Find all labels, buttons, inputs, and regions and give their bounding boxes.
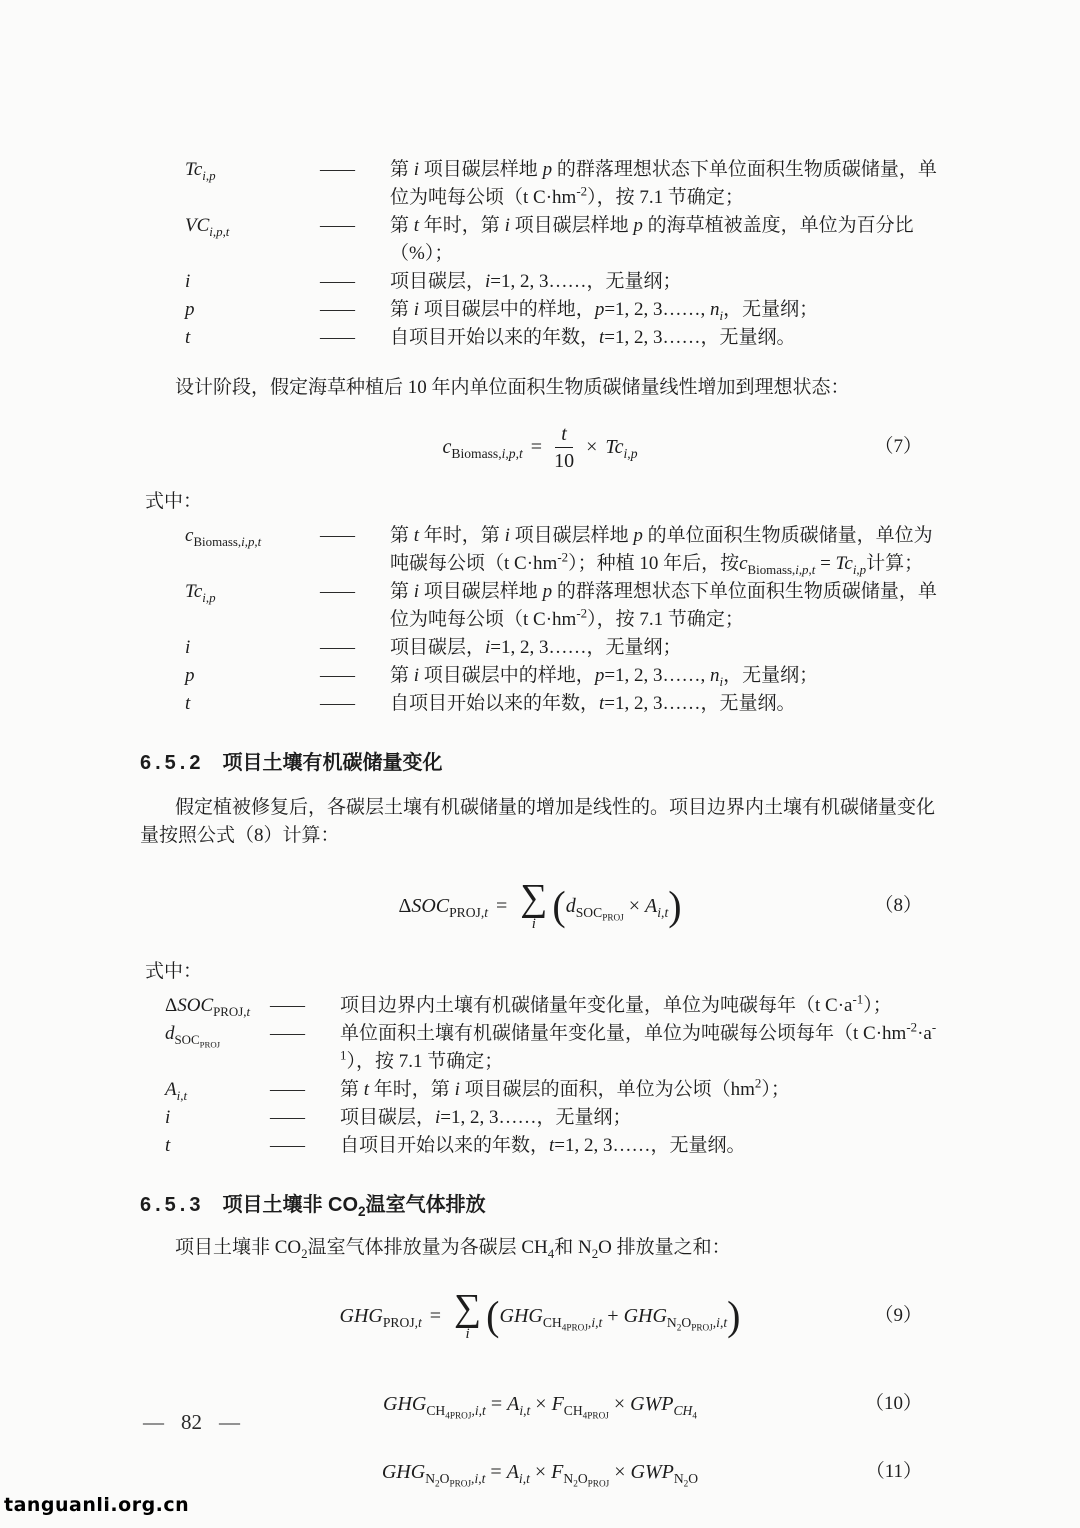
where-label: 式中： bbox=[140, 488, 940, 516]
fraction: t 10 bbox=[554, 421, 574, 474]
definition-row: cBiomass,i,p,t —— 第 t 年时，第 i 项目碳层样地 p 的单… bbox=[185, 522, 940, 578]
variable-term: Ai,t bbox=[165, 1076, 270, 1104]
equals-sign: = bbox=[531, 435, 542, 460]
variable-term: VCi,p,t bbox=[185, 212, 320, 268]
variable-description: 单位面积土壤有机碳储量年变化量，单位为吨碳每公顷每年（t C·hm-2·a-1）… bbox=[340, 1020, 940, 1076]
page-content: Tci,p —— 第 i 项目碳层样地 p 的群落理想状态下单位面积生物质碳储量… bbox=[140, 150, 940, 1494]
page-footer: — 82 — bbox=[143, 1410, 240, 1435]
definition-dash: —— bbox=[320, 662, 390, 690]
definition-dash: —— bbox=[320, 212, 390, 268]
variable-description: 第 t 年时，第 i 项目碳层的面积，单位为公顷（hm2）； bbox=[340, 1076, 940, 1104]
definition-row: Tci,p —— 第 i 项目碳层样地 p 的群落理想状态下单位面积生物质碳储量… bbox=[185, 156, 940, 212]
section-title: 项目土壤有机碳储量变化 bbox=[222, 750, 442, 776]
definition-row: i —— 项目碳层，i=1, 2, 3……，无量纲； bbox=[165, 1104, 940, 1132]
variable-description: 第 i 项目碳层样地 p 的群落理想状态下单位面积生物质碳储量，单位为吨每公顷（… bbox=[390, 156, 940, 212]
definition-row: ΔSOCPROJ,t —— 项目边界内土壤有机碳储量年变化量，单位为吨碳每年（t… bbox=[165, 992, 940, 1020]
definition-row: Tci,p —— 第 i 项目碳层样地 p 的群落理想状态下单位面积生物质碳储量… bbox=[185, 578, 940, 634]
variable-term: Tci,p bbox=[185, 156, 320, 212]
formula-inner: GHGCH4PROJ,i,t + GHGN2OPROJ,i,t bbox=[500, 1304, 728, 1329]
formula-rhs: Tci,p bbox=[605, 435, 637, 460]
variable-term: p bbox=[185, 296, 320, 324]
definition-row: Ai,t —— 第 t 年时，第 i 项目碳层的面积，单位为公顷（hm2）； bbox=[165, 1076, 940, 1104]
section-number: 6.5.2 bbox=[140, 750, 204, 776]
formula-7: cBiomass,i,p,t = t 10 × Tci,p （7） bbox=[140, 418, 940, 476]
variable-description: 项目碳层，i=1, 2, 3……，无量纲； bbox=[340, 1104, 940, 1132]
variable-description: 项目碳层，i=1, 2, 3……，无量纲； bbox=[390, 268, 940, 296]
definition-dash: —— bbox=[320, 324, 390, 352]
definition-list-3: ΔSOCPROJ,t —— 项目边界内土壤有机碳储量年变化量，单位为吨碳每年（t… bbox=[165, 992, 940, 1160]
definition-dash: —— bbox=[320, 690, 390, 718]
watermark-text: tanguanli.org.cn bbox=[4, 1494, 189, 1516]
variable-term: i bbox=[165, 1104, 270, 1132]
variable-description: 第 i 项目碳层中的样地，p=1, 2, 3……, ni，无量纲； bbox=[390, 662, 940, 690]
variable-term: ΔSOCPROJ,t bbox=[165, 992, 270, 1020]
variable-description: 自项目开始以来的年数，t=1, 2, 3……，无量纲。 bbox=[340, 1132, 940, 1160]
variable-term: p bbox=[185, 662, 320, 690]
definition-dash: —— bbox=[320, 156, 390, 212]
document-page: Tci,p —— 第 i 项目碳层样地 p 的群落理想状态下单位面积生物质碳储量… bbox=[0, 0, 1080, 1528]
section-heading-653: 6.5.3 项目土壤非 CO2温室气体排放 bbox=[140, 1192, 940, 1218]
equals-sign: = bbox=[430, 1304, 441, 1329]
variable-term: t bbox=[185, 324, 320, 352]
definition-dash: —— bbox=[270, 992, 340, 1020]
definition-list-1: Tci,p —— 第 i 项目碳层样地 p 的群落理想状态下单位面积生物质碳储量… bbox=[185, 156, 940, 352]
formula-11: GHGN2OPROJ,i,t = Ai,t × FN2OPROJ × GWPN2… bbox=[140, 1450, 940, 1494]
variable-term: dSOCPROJ bbox=[165, 1020, 270, 1076]
open-paren: ( bbox=[486, 1296, 499, 1337]
definition-row: p —— 第 i 项目碳层中的样地，p=1, 2, 3……, ni，无量纲； bbox=[185, 296, 940, 324]
formula-8: ΔSOCPROJ,t = ∑ i ( dSOCPROJ × Ai,t ) （8） bbox=[140, 866, 940, 946]
variable-description: 项目碳层，i=1, 2, 3……，无量纲； bbox=[390, 634, 940, 662]
equals-sign: = bbox=[496, 894, 507, 919]
variable-term: cBiomass,i,p,t bbox=[185, 522, 320, 578]
definition-dash: —— bbox=[320, 634, 390, 662]
variable-description: 自项目开始以来的年数，t=1, 2, 3……，无量纲。 bbox=[390, 690, 940, 718]
formula-lhs: GHGPROJ,t bbox=[340, 1304, 422, 1329]
variable-description: 自项目开始以来的年数，t=1, 2, 3……，无量纲。 bbox=[390, 324, 940, 352]
equation-number: （9） bbox=[874, 1304, 922, 1328]
variable-description: 第 t 年时，第 i 项目碳层样地 p 的海草植被盖度，单位为百分比（%）； bbox=[390, 212, 940, 268]
variable-description: 项目边界内土壤有机碳储量年变化量，单位为吨碳每年（t C·a-1）； bbox=[340, 992, 940, 1020]
definition-list-2: cBiomass,i,p,t —— 第 t 年时，第 i 项目碳层样地 p 的单… bbox=[185, 522, 940, 718]
definition-dash: —— bbox=[270, 1104, 340, 1132]
definition-dash: —— bbox=[320, 296, 390, 324]
equation-number: （7） bbox=[874, 435, 922, 459]
definition-row: t —— 自项目开始以来的年数，t=1, 2, 3……，无量纲。 bbox=[165, 1132, 940, 1160]
definition-row: dSOCPROJ —— 单位面积土壤有机碳储量年变化量，单位为吨碳每公顷每年（t… bbox=[165, 1020, 940, 1076]
paragraph-non-co2: 项目土壤非 CO2温室气体排放量为各碳层 CH4和 N2O 排放量之和： bbox=[140, 1234, 940, 1262]
formula-9: GHGPROJ,t = ∑ i ( GHGCH4PROJ,i,t + GHGN2… bbox=[140, 1276, 940, 1356]
footer-dash-right: — bbox=[219, 1410, 240, 1435]
definition-row: i —— 项目碳层，i=1, 2, 3……，无量纲； bbox=[185, 634, 940, 662]
multiply-sign: × bbox=[586, 435, 597, 460]
variable-term: Tci,p bbox=[185, 578, 320, 634]
footer-dash-left: — bbox=[143, 1410, 164, 1435]
formula-lhs: ΔSOCPROJ,t bbox=[398, 894, 488, 919]
summation-symbol: ∑ i bbox=[520, 880, 547, 933]
variable-term: t bbox=[165, 1132, 270, 1160]
close-paren: ) bbox=[668, 886, 681, 927]
summation-symbol: ∑ i bbox=[454, 1290, 481, 1343]
section-number: 6.5.3 bbox=[140, 1192, 204, 1218]
formula-10: GHGCH4PROJ,i,t = Ai,t × FCH4PROJ × GWPCH… bbox=[140, 1382, 940, 1426]
fraction-denominator: 10 bbox=[554, 448, 574, 474]
equation-number: （11） bbox=[866, 1460, 922, 1484]
formula-content: GHGCH4PROJ,i,t = Ai,t × FCH4PROJ × GWPCH… bbox=[383, 1392, 697, 1417]
formula-content: GHGN2OPROJ,i,t = Ai,t × FN2OPROJ × GWPN2… bbox=[382, 1460, 698, 1485]
variable-term: t bbox=[185, 690, 320, 718]
definition-row: t —— 自项目开始以来的年数，t=1, 2, 3……，无量纲。 bbox=[185, 690, 940, 718]
definition-row: p —— 第 i 项目碳层中的样地，p=1, 2, 3……, ni，无量纲； bbox=[185, 662, 940, 690]
variable-description: 第 i 项目碳层中的样地，p=1, 2, 3……, ni，无量纲； bbox=[390, 296, 940, 324]
definition-dash: —— bbox=[270, 1132, 340, 1160]
equation-number: （10） bbox=[865, 1392, 922, 1416]
variable-term: i bbox=[185, 268, 320, 296]
definition-dash: —— bbox=[320, 268, 390, 296]
definition-dash: —— bbox=[270, 1076, 340, 1104]
paragraph-soc-change: 假定植被修复后，各碳层土壤有机碳储量的增加是线性的。项目边界内土壤有机碳储量变化… bbox=[140, 794, 940, 850]
variable-description: 第 t 年时，第 i 项目碳层样地 p 的单位面积生物质碳储量，单位为吨碳每公顷… bbox=[390, 522, 940, 578]
fraction-numerator: t bbox=[555, 421, 573, 448]
page-number: 82 bbox=[181, 1410, 202, 1435]
definition-row: t —— 自项目开始以来的年数，t=1, 2, 3……，无量纲。 bbox=[185, 324, 940, 352]
equation-number: （8） bbox=[874, 894, 922, 918]
definition-dash: —— bbox=[270, 1020, 340, 1076]
definition-dash: —— bbox=[320, 522, 390, 578]
variable-description: 第 i 项目碳层样地 p 的群落理想状态下单位面积生物质碳储量，单位为吨每公顷（… bbox=[390, 578, 940, 634]
where-label: 式中： bbox=[140, 958, 940, 986]
definition-row: i —— 项目碳层，i=1, 2, 3……，无量纲； bbox=[185, 268, 940, 296]
definition-row: VCi,p,t —— 第 t 年时，第 i 项目碳层样地 p 的海草植被盖度，单… bbox=[185, 212, 940, 268]
paragraph-design-phase: 设计阶段，假定海草种植后 10 年内单位面积生物质碳储量线性增加到理想状态： bbox=[140, 374, 940, 402]
formula-lhs: cBiomass,i,p,t bbox=[442, 435, 522, 460]
formula-inner: dSOCPROJ × Ai,t bbox=[566, 894, 668, 919]
section-title: 项目土壤非 CO2温室气体排放 bbox=[222, 1192, 485, 1218]
close-paren: ) bbox=[727, 1296, 740, 1337]
variable-term: i bbox=[185, 634, 320, 662]
open-paren: ( bbox=[552, 886, 565, 927]
definition-dash: —— bbox=[320, 578, 390, 634]
section-heading-652: 6.5.2 项目土壤有机碳储量变化 bbox=[140, 750, 940, 776]
